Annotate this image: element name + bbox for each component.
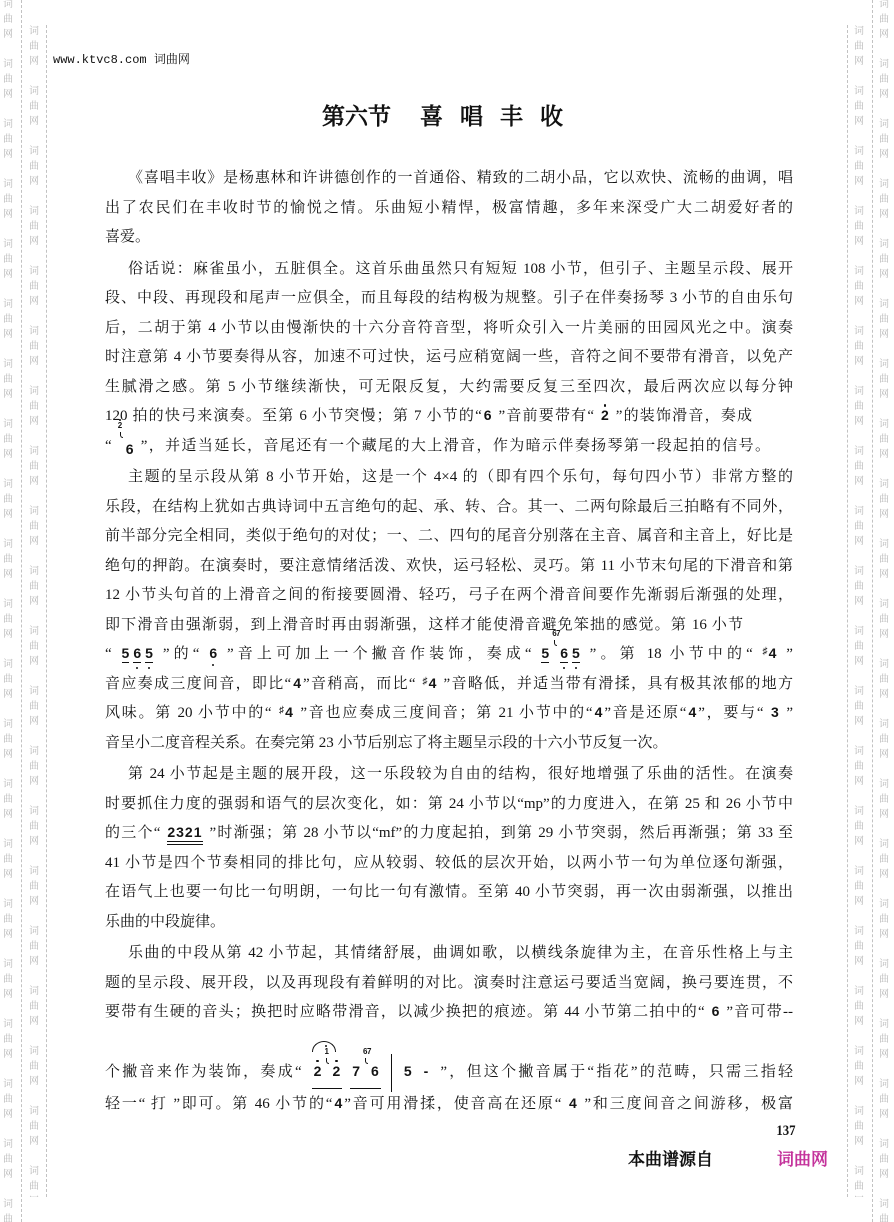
jianpu-note: 4	[595, 705, 603, 720]
text-line: 《喜唱丰收》是杨惠林和许讲德创作的一首通俗、精致的二胡小品，它以欢快、流畅的曲调…	[105, 164, 793, 194]
slide-mark-icon	[120, 432, 123, 438]
jianpu-note-low-octave: 5	[145, 646, 153, 663]
text-line: 第 24 小节起是主题的展开段，这一乐段较为自由的结构，很好地增强了乐曲的活性。…	[105, 760, 793, 790]
text-run: ”	[781, 705, 793, 721]
page-number: 137	[776, 1122, 795, 1140]
text-line: 41 小节是四个节奏相同的排比句，应从较弱、较低的层次开始，以两小节一句为单位逐…	[105, 849, 793, 879]
paragraph: 第 24 小节起是主题的展开段，这一乐段较为自由的结构，很好地增强了乐曲的活性。…	[105, 760, 793, 937]
jianpu-note: 6	[126, 442, 134, 457]
text-line-with-notation: “ 26 ”，并适当延长，音尾还有一个藏尾的大上滑音，作为暗示伴奏扬琴第一段起拍…	[105, 432, 770, 462]
watermark-column-right-inner: 词 曲 网 词 曲 网 词 曲 网 词 曲 网 词 曲 网 词 曲 网 词 曲 …	[852, 24, 866, 1197]
text-line: 时要抓住力度的强弱和语气的层次变化，如：第 24 小节以“mp”的力度进入，在第…	[105, 790, 793, 820]
jianpu-note: 6	[371, 1064, 379, 1079]
dashed-margin-line	[46, 25, 47, 1197]
text-line-with-notation: 120 拍的快弓来演奏。至第 6 小节突慢；第 7 小节的“6 ”音前要带有“ …	[105, 402, 752, 432]
site-header: www.ktvc8.com 词曲网	[53, 52, 190, 68]
dashed-margin-line	[872, 0, 873, 1222]
jianpu-dash: -	[424, 1064, 429, 1079]
text-line: 乐段，在结构上犹如古典诗词中五言绝句的起、承、转、合。其一、二两句除最后三拍略有…	[105, 493, 793, 523]
text-line: 时注意第 4 小节要奏得从容，加速不可过快，运弓应稍宽阔一些，音符之间不要带有滑…	[105, 343, 793, 373]
watermark-column-left-inner: 词 曲 网 词 曲 网 词 曲 网 词 曲 网 词 曲 网 词 曲 网 词 曲 …	[27, 24, 41, 1197]
jianpu-note: 5	[122, 646, 130, 663]
text-line: 绝句的押韵。在演奏时，要注意情绪活泼、欢快，运弓轻松、灵巧。第 11 小节末句尾…	[105, 552, 793, 582]
text-run: ”的装饰滑音，奏成	[611, 408, 752, 424]
jianpu-note: 3	[771, 705, 779, 720]
watermark-column-right-outer: 词 曲 网 词 曲 网 词 曲 网 词 曲 网 词 曲 网 词 曲 网 词 曲 …	[877, 0, 891, 1222]
note-digit: 4	[769, 645, 777, 661]
grace-note: 1	[324, 1048, 328, 1056]
text-run: ”音略低，并适当带有滑揉，具有极其浓郁的地方	[438, 676, 793, 692]
dashed-margin-line	[847, 25, 848, 1197]
text-line: 后，二胡于第 4 小节以由慢渐快的十六分音符音型，将听众引入一片美丽的田园风光之…	[105, 314, 793, 344]
text-run: 的三个“	[105, 825, 165, 841]
jianpu-note-low-octave: 6	[209, 646, 217, 661]
text-run: ”，但这个撇音属于“指花”的范畴，只需三指轻	[434, 1064, 793, 1080]
dashed-margin-line	[21, 0, 22, 1222]
text-run: ”，并适当延长，音尾还有一个藏尾的大上滑音，作为暗示伴奏扬琴第一段起拍的信号。	[136, 438, 770, 454]
text-line-with-notation: 的三个“ 2321 ”时渐强；第 28 小节以“mf”的力度起拍，到第 29 小…	[105, 819, 793, 849]
text-run: ”和三度间音之间游移，极富	[579, 1096, 793, 1112]
text-line: 乐曲的中段旋律。	[105, 908, 793, 938]
grace-note-group: 676	[364, 1058, 379, 1088]
barline	[391, 1054, 392, 1092]
watermark-column-left-outer: 词 曲 网 词 曲 网 词 曲 网 词 曲 网 词 曲 网 词 曲 网 词 曲 …	[1, 0, 15, 1222]
text-run: 要带有生硬的音头；换把时应略带滑音，以减少换把的痕迹。第 44 小节第二拍中的“	[105, 1004, 710, 1020]
grace-note: 67	[363, 1048, 371, 1056]
text-line-with-notation: 轻一“ 打 ”即可。第 46 小节的“4”音可用滑揉，使音高在还原“ 4 ”和三…	[105, 1090, 793, 1120]
section-title: 第六节喜唱丰收	[322, 103, 580, 129]
text-line: 前半部分完全相同，类似于绝句的对仗；一、二、四句的尾音分别落在主音、属音和主音上…	[105, 522, 793, 552]
sharp-icon: ♯	[423, 676, 428, 687]
paragraph: 主题的呈示段从第 8 小节开始，这是一个 4×4 的（即有四个乐句，每句四小节）…	[105, 463, 793, 758]
slide-mark-icon	[365, 1058, 368, 1064]
text-run: 风味。第 20 小节中的“	[105, 705, 277, 721]
jianpu-note-high-octave: 2	[332, 1064, 340, 1079]
text-run: ”音前要带有“	[494, 408, 599, 424]
text-line: 俗话说：麻雀虽小，五脏俱全。这首乐曲虽然只有短短 108 小节，但引子、主题呈示…	[105, 255, 793, 285]
text-run: ”音可用滑揉，使音高在还原“	[344, 1096, 567, 1112]
text-line: 出了农民们在丰收时节的愉悦之情。乐曲短小精悍，极富情趣，多年来深受广大二胡爱好者…	[105, 194, 793, 224]
source-label: 本曲谱源自	[628, 1150, 713, 1170]
grace-note: 67	[552, 630, 560, 638]
text-line-with-notation: 风味。第 20 小节中的“ ♯4 ”音也应奏成三度间音；第 21 小节中的“4”…	[105, 699, 793, 729]
site-name: 词曲网	[154, 53, 190, 67]
jianpu-phrase: 21276765-	[312, 1054, 431, 1092]
jianpu-note-low-octave: 6	[560, 646, 568, 663]
jianpu-beat: 212	[312, 1058, 343, 1090]
jianpu-note-group-double-underline: 2321	[167, 825, 202, 845]
text-line-with-notation: 音应奏成三度间音，即比“4”音稍高，而比“ ♯4 ”音略低，并适当带有滑揉，具有…	[105, 670, 793, 700]
text-line: 即下滑音由强渐弱，到上滑音时再由弱渐强，这样才能使滑音避免笨拙的感觉。第 16 …	[105, 611, 743, 641]
jianpu-note: 4	[334, 1096, 342, 1111]
grace-note-group: 26	[119, 432, 134, 462]
note-digit: 4	[285, 704, 293, 720]
text-line: 段、中段、再现段和尾声一应俱全，而且每段的结构极为规整。引子在伴奏扬琴 3 小节…	[105, 284, 793, 314]
jianpu-note: 5	[541, 646, 549, 663]
text-line-with-notation: 个撇音来作为装饰，奏成“ 21276765- ”，但这个撇音属于“指花”的范畴，…	[105, 1028, 793, 1091]
jianpu-note-sharp: ♯4	[279, 705, 293, 722]
text-line: 喜爱。	[105, 223, 793, 253]
text-run: ”的“	[155, 646, 207, 662]
note-digit: 4	[429, 675, 437, 691]
grace-note-group: 676	[553, 640, 568, 670]
text-run: “	[105, 646, 120, 662]
grace-note: 2	[118, 422, 122, 430]
text-line: 主题的呈示段从第 8 小节开始，这是一个 4×4 的（即有四个乐句，每句四小节）…	[105, 463, 793, 493]
text-run: 音应奏成三度间音，即比“	[105, 676, 291, 692]
source-site-name: 词曲网	[777, 1150, 828, 1170]
text-line: 题的呈示段、展开段，以及再现段有着鲜明的对比。演奏时注意运弓要适当宽阔，换弓要连…	[105, 969, 793, 999]
slide-mark-icon	[554, 640, 557, 646]
sharp-icon: ♯	[279, 705, 284, 716]
piece-title: 喜唱丰收	[420, 103, 580, 129]
sharp-icon: ♯	[763, 646, 768, 657]
text-run: ”音是还原“	[604, 705, 686, 721]
text-line: 生腻滑之感。第 5 小节继续渐快，可无限反复，大约需要反复三至四次，最后两次应以…	[105, 373, 793, 403]
text-line: 乐曲的中段从第 42 小节起，其情绪舒展，曲调如歌，以横线条旋律为主，在音乐性格…	[105, 939, 793, 969]
jianpu-note-high-octave: 2	[314, 1064, 322, 1079]
text-run: ”，要与“	[698, 705, 769, 721]
text-line-with-notation: 要带有生硬的音头；换把时应略带滑音，以减少换把的痕迹。第 44 小节第二拍中的“…	[105, 998, 793, 1028]
jianpu-beat: 7676	[350, 1058, 381, 1090]
jianpu-note: 4	[688, 705, 696, 720]
jianpu-note-sharp: ♯4	[763, 646, 777, 663]
text-run: ”	[778, 646, 793, 662]
jianpu-note-low-octave: 5	[572, 646, 580, 663]
text-line: 在语气上也要一句比一句明朗，一句比一句有激情。至第 40 小节突弱，再一次由弱渐…	[105, 878, 793, 908]
jianpu-note: 4	[293, 676, 301, 691]
text-run: ”音也应奏成三度间音；第 21 小节中的“	[295, 705, 593, 721]
jianpu-note: 6	[484, 408, 492, 423]
text-run: 120 拍的快弓来演奏。至第 6 小节突慢；第 7 小节的“	[105, 408, 482, 424]
text-line-with-notation: “ 565 ”的“ 6 ”音上可加上一个撇音作装饰，奏成“ 56765 ”。第 …	[105, 640, 793, 670]
jianpu-note: 7	[352, 1064, 360, 1079]
grace-note-group: 12	[325, 1058, 340, 1088]
text-run: 个撇音来作为装饰，奏成“	[105, 1064, 308, 1080]
paragraph: 《喜唱丰收》是杨惠林和许讲德创作的一首通俗、精致的二胡小品，它以欢快、流畅的曲调…	[105, 164, 793, 253]
section-number: 第六节	[322, 103, 391, 129]
jianpu-note: 5	[404, 1064, 412, 1079]
text-run: ”音上可加上一个撇音作装饰，奏成“	[219, 646, 539, 662]
text-run: ”时渐强；第 28 小节以“mf”的力度起拍，到第 29 小节突弱，然后再渐强；…	[205, 825, 794, 841]
jianpu-note: 4	[569, 1096, 577, 1111]
text-run: ”音可带--	[721, 1004, 793, 1020]
article-body: 《喜唱丰收》是杨惠林和许讲德创作的一首通俗、精致的二胡小品，它以欢快、流畅的曲调…	[105, 164, 793, 1120]
jianpu-note: 6	[712, 1004, 720, 1019]
text-run: ”音稍高，而比“	[303, 676, 421, 692]
jianpu-note-high-octave: 2	[601, 408, 609, 423]
jianpu-note-sharp: ♯4	[423, 676, 437, 693]
text-run: 轻一“ 打 ”即可。第 46 小节的“	[105, 1096, 332, 1112]
text-run: ”。第 18 小节中的“	[582, 646, 761, 662]
jianpu-note-low-octave: 6	[133, 646, 141, 663]
paragraph: 俗话说：麻雀虽小，五脏俱全。这首乐曲虽然只有短短 108 小节，但引子、主题呈示…	[105, 255, 793, 462]
text-line: 12 小节头句首的上滑音之间的衔接要圆滑、轻巧，弓子在两个滑音间要作先渐弱后渐强…	[105, 581, 793, 611]
text-line: 音呈小二度音程关系。在奏完第 23 小节后别忘了将主题呈示段的十六小节反复一次。	[105, 729, 793, 759]
text-run: “	[105, 438, 117, 454]
slide-mark-icon	[326, 1058, 329, 1064]
paragraph: 乐曲的中段从第 42 小节起，其情绪舒展，曲调如歌，以横线条旋律为主，在音乐性格…	[105, 939, 793, 1120]
site-url: www.ktvc8.com	[53, 53, 147, 67]
